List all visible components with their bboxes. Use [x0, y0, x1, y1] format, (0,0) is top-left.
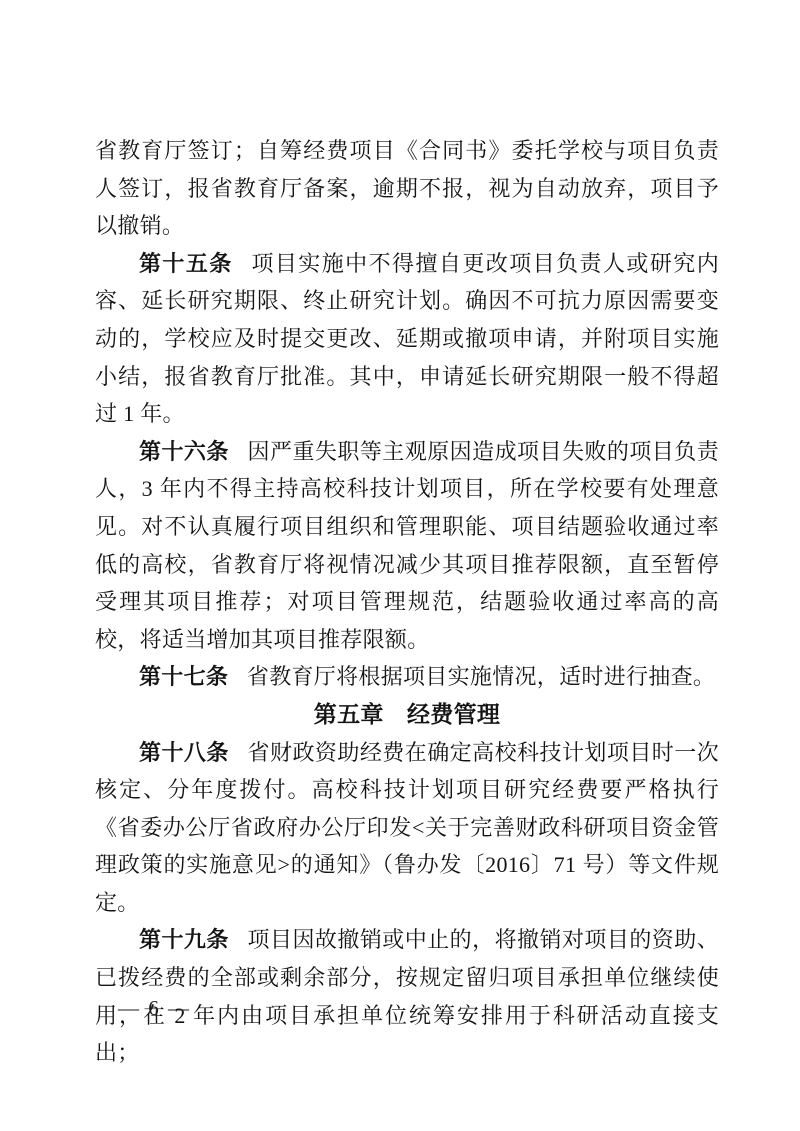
- paragraph-article-18: 第十八条省财政资助经费在确定高校科技计划项目时一次核定、分年度拨付。高校科技计划…: [95, 734, 719, 922]
- page-number: — 6 —: [118, 996, 191, 1021]
- document-page: 省教育厅签订；自筹经费项目《合同书》委托学校与项目负责人签订，报省教育厅备案，逾…: [0, 0, 800, 1131]
- chapter-5-heading: 第五章 经费管理: [95, 696, 719, 734]
- article-18-heading: 第十八条: [139, 740, 229, 765]
- paragraph-article-15: 第十五条项目实施中不得擅自更改项目负责人或研究内容、延长研究期限、终止研究计划。…: [95, 245, 719, 433]
- article-15-heading: 第十五条: [139, 251, 233, 276]
- paragraph-article-16: 第十六条因严重失职等主观原因造成项目失败的项目负责人，3 年内不得主持高校科技计…: [95, 433, 719, 659]
- paragraph-continuation: 省教育厅签订；自筹经费项目《合同书》委托学校与项目负责人签订，报省教育厅备案，逾…: [95, 132, 719, 245]
- article-17-text: 省教育厅将根据项目实施情况，适时进行抽查。: [247, 664, 715, 689]
- article-18-text: 省财政资助经费在确定高校科技计划项目时一次核定、分年度拨付。高校科技计划项目研究…: [95, 740, 719, 915]
- document-body: 省教育厅签订；自筹经费项目《合同书》委托学校与项目负责人签订，报省教育厅备案，逾…: [95, 132, 719, 1072]
- article-15-text: 项目实施中不得擅自更改项目负责人或研究内容、延长研究期限、终止研究计划。确因不可…: [95, 251, 719, 426]
- paragraph-article-17: 第十七条省教育厅将根据项目实施情况，适时进行抽查。: [95, 658, 719, 696]
- article-19-heading: 第十九条: [139, 927, 229, 952]
- article-16-text: 因严重失职等主观原因造成项目失败的项目负责人，3 年内不得主持高校科技计划项目，…: [95, 439, 719, 652]
- article-17-heading: 第十七条: [139, 664, 228, 689]
- article-16-heading: 第十六条: [139, 439, 229, 464]
